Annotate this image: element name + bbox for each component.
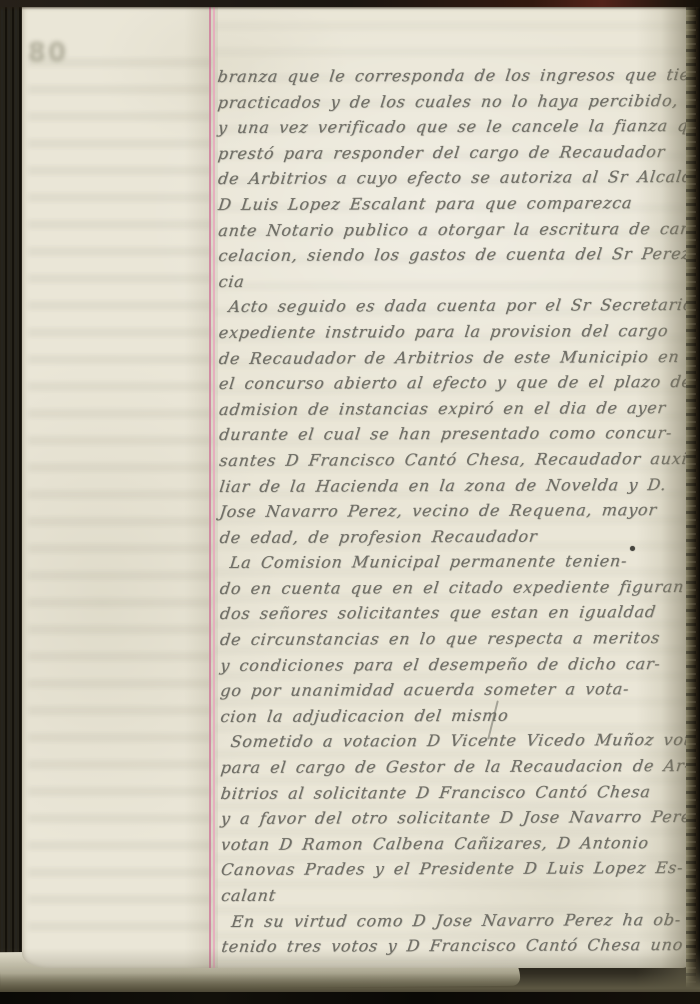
- manuscript-line: expediente instruido para la provision d…: [217, 318, 686, 346]
- scanned-manuscript-page: 08 branza que le corresponda de los ingr…: [0, 0, 700, 1004]
- manuscript-line: practicados y de los cuales no lo haya p…: [216, 88, 685, 116]
- manuscript-text: branza que le corresponda de los ingreso…: [216, 62, 686, 960]
- manuscript-line: bitrios al solicitante D Francisco Cantó…: [219, 779, 688, 807]
- manuscript-line: Canovas Prades y el Presidente D Luis Lo…: [220, 855, 689, 883]
- manuscript-line: para el cargo de Gestor de la Recaudacio…: [219, 753, 688, 781]
- margin-ruled-line-outer: [209, 6, 211, 968]
- ink-dot: [630, 546, 635, 551]
- manuscript-line: Acto seguido es dada cuenta por el Sr Se…: [217, 292, 686, 320]
- manuscript-line: de Recaudador de Arbitrios de este Munic…: [217, 344, 686, 372]
- manuscript-line: Jose Navarro Perez, vecino de Requena, m…: [218, 497, 687, 525]
- manuscript-line: En su virtud como D Jose Navarro Perez h…: [220, 907, 689, 935]
- manuscript-line: D Luis Lopez Escalant para que comparezc…: [217, 190, 686, 218]
- manuscript-line: Sometido a votacion D Vicente Vicedo Muñ…: [219, 727, 688, 755]
- manuscript-line: ante Notario publico a otorgar la escrit…: [217, 216, 686, 244]
- manuscript-line: calant: [220, 881, 689, 909]
- scan-top-edge: [0, 0, 700, 7]
- manuscript-line: liar de la Hacienda en la zona de Noveld…: [218, 471, 687, 499]
- manuscript-line: celacion, siendo los gastos de cuenta de…: [217, 241, 686, 269]
- manuscript-line: cia: [217, 267, 686, 295]
- manuscript-line: admision de instancias expiró en el dia …: [218, 395, 687, 423]
- manuscript-line: durante el cual se han presentado como c…: [218, 420, 687, 448]
- manuscript-line: go por unanimidad acuerda someter a vota…: [219, 676, 688, 704]
- manuscript-line: dos señores solicitantes que estan en ig…: [219, 599, 688, 627]
- manuscript-line: branza que le corresponda de los ingreso…: [216, 62, 685, 90]
- scan-right-edge-speckle: [686, 0, 696, 1004]
- manuscript-line: y a favor del otro solicitante D Jose Na…: [219, 804, 688, 832]
- manuscript-line: y condiciones para el desempeño de dicho…: [219, 651, 688, 679]
- margin-ruled-line-inner: [213, 6, 215, 968]
- manuscript-line: votan D Ramon Calbena Cañizares, D Anton…: [220, 830, 689, 858]
- manuscript-line: de Arbitrios a cuyo efecto se autoriza a…: [217, 164, 686, 192]
- bleedthrough-folio-number: 08: [18, 38, 66, 70]
- manuscript-line: cion la adjudicacion del mismo: [219, 702, 688, 730]
- manuscript-line: de circunstancias en lo que respecta a m…: [219, 625, 688, 653]
- manuscript-line: santes D Francisco Cantó Chesa, Recaudad…: [218, 446, 687, 474]
- manuscript-line: y una vez verificado que se le cancele l…: [216, 113, 685, 141]
- manuscript-line: prestó para responder del cargo de Recau…: [216, 139, 685, 167]
- page-right-edge-shading: [636, 0, 692, 1000]
- manuscript-line: do en cuenta que en el citado expediente…: [218, 574, 687, 602]
- scan-bottom-edge: [0, 992, 700, 1004]
- manuscript-line: La Comision Municipal permanente tenien-: [218, 548, 687, 576]
- manuscript-line: de edad, de profesion Recaudador: [218, 523, 687, 551]
- manuscript-line: el concurso abierto al efecto y que de e…: [217, 369, 686, 397]
